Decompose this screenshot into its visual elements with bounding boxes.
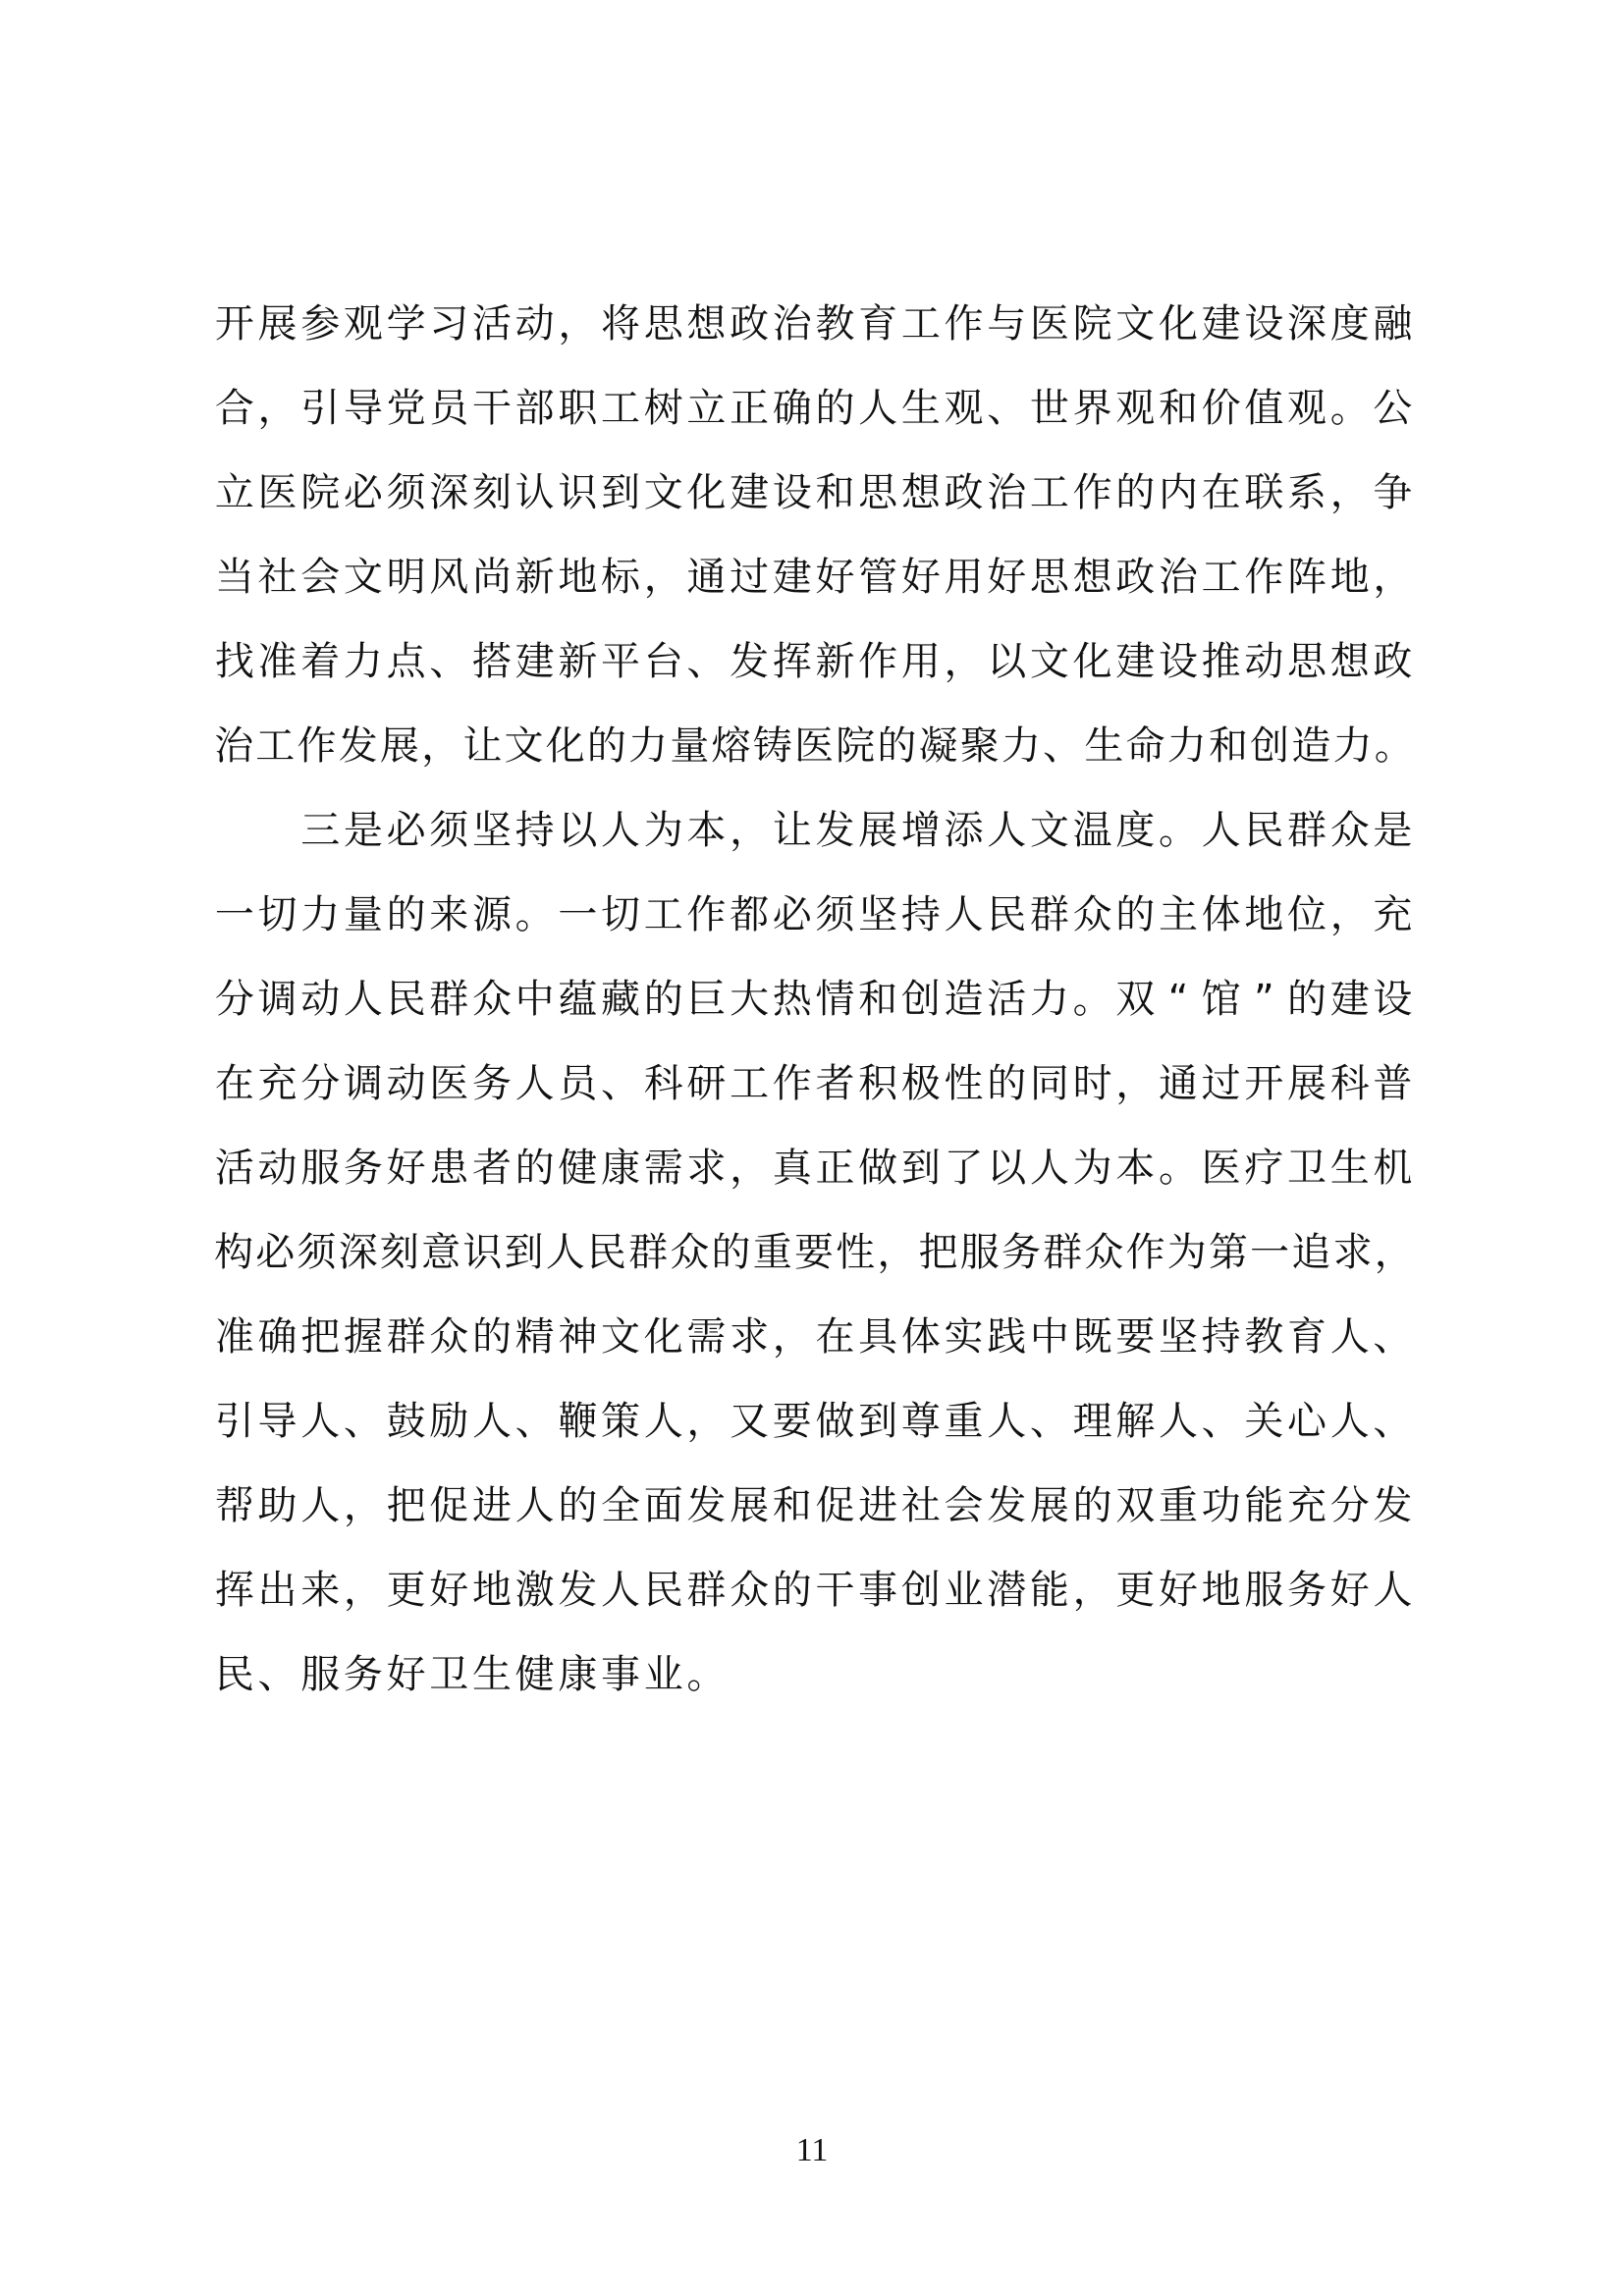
- paragraph: 三是必须坚持以人为本，让发展增添人文温度。人民群众是一切力量的来源。一切工作都必…: [213, 801, 1415, 1730]
- text-line: 引导人、鼓励人、鞭策人，又要做到尊重人、理解人、关心人、: [213, 1392, 1415, 1476]
- text-line: 帮助人，把促进人的全面发展和促进社会发展的双重功能充分发: [213, 1476, 1415, 1561]
- page-number: 11: [0, 2132, 1624, 2169]
- text-line: 三是必须坚持以人为本，让发展增添人文温度。人民群众是: [213, 801, 1415, 885]
- text-line: 找准着力点、搭建新平台、发挥新作用，以文化建设推动思想政: [213, 632, 1415, 717]
- text-line: 一切力量的来源。一切工作都必须坚持人民群众的主体地位，充: [213, 885, 1415, 970]
- text-line: 民、服务好卫生健康事业。: [213, 1645, 1415, 1730]
- text-line: 活动服务好患者的健康需求，真正做到了以人为本。医疗卫生机: [213, 1139, 1415, 1223]
- text-line: 构必须深刻意识到人民群众的重要性，把服务群众作为第一追求，: [213, 1223, 1415, 1308]
- text-line: 开展参观学习活动，将思想政治教育工作与医院文化建设深度融: [213, 294, 1415, 379]
- text-line: 治工作发展，让文化的力量熔铸医院的凝聚力、生命力和创造力。: [213, 717, 1415, 801]
- text-line: 合，引导党员干部职工树立正确的人生观、世界观和价值观。公: [213, 379, 1415, 463]
- body-text: 开展参观学习活动，将思想政治教育工作与医院文化建设深度融合，引导党员干部职工树立…: [213, 294, 1415, 1730]
- text-line: 在充分调动医务人员、科研工作者积极性的同时，通过开展科普: [213, 1054, 1415, 1139]
- text-line: 当社会文明风尚新地标，通过建好管好用好思想政治工作阵地，: [213, 548, 1415, 632]
- text-line: 立医院必须深刻认识到文化建设和思想政治工作的内在联系，争: [213, 463, 1415, 548]
- text-line: 挥出来，更好地激发人民群众的干事创业潜能，更好地服务好人: [213, 1561, 1415, 1645]
- text-line: 分调动人民群众中蕴藏的巨大热情和创造活力。双“馆”的建设: [213, 970, 1415, 1054]
- document-page: 开展参观学习活动，将思想政治教育工作与医院文化建设深度融合，引导党员干部职工树立…: [0, 0, 1624, 2296]
- paragraph: 开展参观学习活动，将思想政治教育工作与医院文化建设深度融合，引导党员干部职工树立…: [213, 294, 1415, 801]
- text-line: 准确把握群众的精神文化需求，在具体实践中既要坚持教育人、: [213, 1308, 1415, 1392]
